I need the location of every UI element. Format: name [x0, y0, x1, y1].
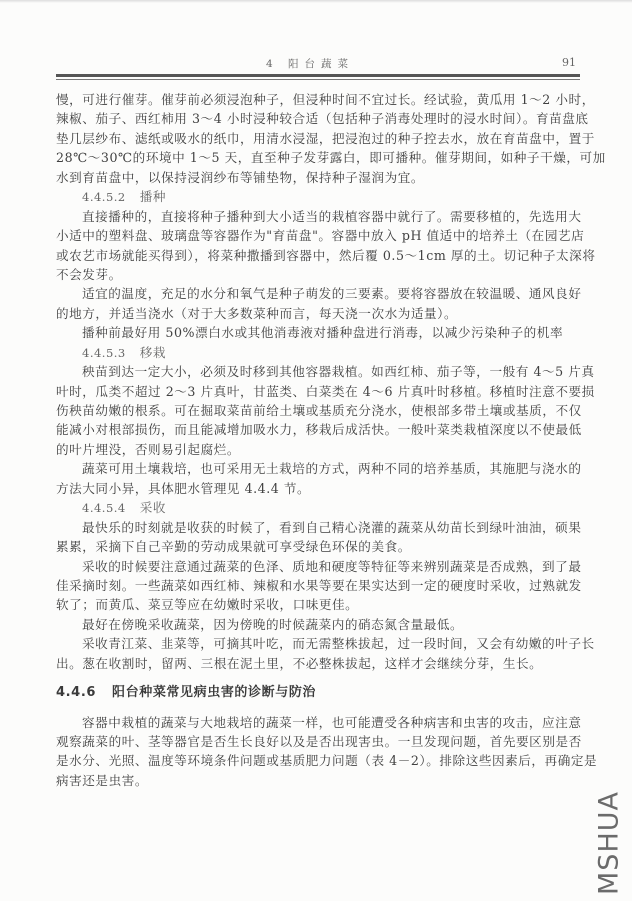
- text-line: 伤秧苗幼嫩的根系。可在掘取菜苗前给土壤或基质充分浇水，使根部多带土壤或基质，不仅: [56, 401, 582, 420]
- running-head: 4 阳台蔬菜 91: [56, 56, 580, 72]
- page-number: 91: [562, 56, 576, 69]
- subsection-number: 4.4.5.3: [82, 346, 126, 360]
- subsection-title: 播种: [140, 189, 166, 204]
- text-line: 慢，可进行催芽。催芽前必须浸泡种子，但浸种时间不宜过长。经试验，黄瓜用 1～2 …: [56, 90, 582, 109]
- text-line: 病害还是虫害。: [56, 771, 582, 790]
- text-line: 小适中的塑料盘、玻璃盘等容器作为"育苗盘"。容器中放入 pH 值适中的培养土（在…: [56, 226, 582, 245]
- header-rule-thin: [56, 79, 580, 80]
- text-line: 水到育苗盘中，以保持浸润纱布等铺垫物，保持种子湿润为宜。: [56, 168, 582, 187]
- header-rule-thick: [56, 74, 580, 77]
- subsection-heading-transplant: 4.4.5.3移栽: [56, 343, 582, 362]
- text-line: 28℃～30℃的环境中 1～5 天，直至种子发芽露白，即可播种。催芽期间，如种子…: [56, 148, 582, 167]
- text-line: 直接播种的，直接将种子播种到大小适当的栽植容器中就行了。需要移植的，先选用大: [56, 207, 582, 226]
- text-line: 不会发芽。: [56, 265, 582, 284]
- text-line: 采收青江菜、韭菜等，可摘其叶吃，而无需整株拔起，过一段时间，又会有幼嫩的叶子长: [56, 634, 582, 653]
- scan-edge: [0, 0, 632, 3]
- text-line: 辣椒、茄子、西红柿用 3～4 小时浸种较合适（包括种子消毒处理时的浸水时间）。育…: [56, 109, 582, 128]
- text-line: 或农艺市场就能买得到），将菜种撒播到容器中，然后覆 0.5～1cm 厚的土。切记…: [56, 246, 582, 265]
- text-line: 的地方，并适当浇水（对于大多数菜种而言，每天浇一次水为适量）。: [56, 304, 582, 323]
- text-line: 方法大同小异，具体肥水管理见 4.4.4 节。: [56, 479, 582, 498]
- text-line: 佳采摘时刻。一些蔬菜如西红柿、辣椒和水果等要在果实达到一定的硬度时采收，过熟就发: [56, 576, 582, 595]
- subsection-title: 采收: [140, 500, 166, 515]
- text-line: 是水分、光照、温度等环境条件问题或基质肥力问题（表 4－2）。排除这些因素后，再…: [56, 751, 582, 770]
- text-line: 软了；而黄瓜、菜豆等应在幼嫩时采收，口味更佳。: [56, 595, 582, 614]
- section-heading-pests: 4.4.6阳台种菜常见病虫害的诊断与防治: [56, 683, 582, 702]
- text-line: 蔬菜可用土壤栽培，也可采用无土栽培的方式，两种不同的培养基质，其施肥与浇水的: [56, 459, 582, 478]
- book-page: 4 阳台蔬菜 91 慢，可进行催芽。催芽前必须浸泡种子，但浸种时间不宜过长。经试…: [0, 0, 632, 901]
- text-line: 叶时，瓜类不超过 2～3 片真叶，甘蓝类、白菜类在 4～6 片真叶时移植。移植时…: [56, 382, 582, 401]
- text-line: 适宜的温度，充足的水分和氧气是种子萌发的三要素。要将容器放在较温暖、通风良好: [56, 284, 582, 303]
- subsection-number: 4.4.5.2: [82, 190, 126, 204]
- text-line: 观察蔬菜的叶、茎等器官是否生长良好以及是否出现害虫。一旦发现问题，首先要区别是否: [56, 732, 582, 751]
- subsection-title: 移栽: [140, 345, 166, 360]
- text-line: 采收的时候要注意通过蔬菜的色泽、质地和硬度等特征等来辨别蔬菜是否成熟，到了最: [56, 557, 582, 576]
- text-line: 秧苗到达一定大小，必须及时移到其他容器栽植。如西红柿、茄子等，一般有 4～5 片…: [56, 362, 582, 381]
- subsection-heading-harvest: 4.4.5.4采收: [56, 498, 582, 517]
- text-line: 出。葱在收割时，留两、三根在泥土里，不必整株拔起，这样才会继续分芽，生长。: [56, 654, 582, 673]
- subsection-heading-sowing: 4.4.5.2播种: [56, 187, 582, 206]
- text-line: 累累，采摘下自己辛勤的劳动成果就可享受绿色环保的美食。: [56, 537, 582, 556]
- text-line: 最好在傍晚采收蔬菜，因为傍晚的时候蔬菜内的硝态氮含量最低。: [56, 615, 582, 634]
- text-line: 最快乐的时刻就是收获的时候了，看到自己精心浇灌的蔬菜从幼苗长到绿叶油油，硕果: [56, 518, 582, 537]
- watermark: MSHUA: [592, 790, 626, 896]
- chapter-title: 4 阳台蔬菜: [266, 56, 354, 71]
- text-line: 垫几层纱布、滤纸或吸水的纸巾，用清水浸湿，把浸泡过的种子控去水，放在育苗盘中，置…: [56, 129, 582, 148]
- body-text: 慢，可进行催芽。催芽前必须浸泡种子，但浸种时间不宜过长。经试验，黄瓜用 1～2 …: [56, 90, 582, 790]
- text-line: 能减小对根部损伤，而且能减增加吸水力，移栽后成活快。一般叶菜类栽植深度以不使最低: [56, 420, 582, 439]
- section-number: 4.4.6: [56, 685, 96, 700]
- text-line: 播种前最好用 50%漂白水或其他消毒液对播种盘进行消毒，以减少污染种子的机率: [56, 323, 582, 342]
- text-line: 的叶片埋没，否则易引起腐烂。: [56, 440, 582, 459]
- watermark-text: MSHUA: [594, 791, 625, 895]
- subsection-number: 4.4.5.4: [82, 501, 126, 515]
- section-title: 阳台种菜常见病虫害的诊断与防治: [112, 685, 316, 700]
- text-line: 容器中栽植的蔬菜与大地栽培的蔬菜一样，也可能遭受各种病害和虫害的攻击，应注意: [56, 713, 582, 732]
